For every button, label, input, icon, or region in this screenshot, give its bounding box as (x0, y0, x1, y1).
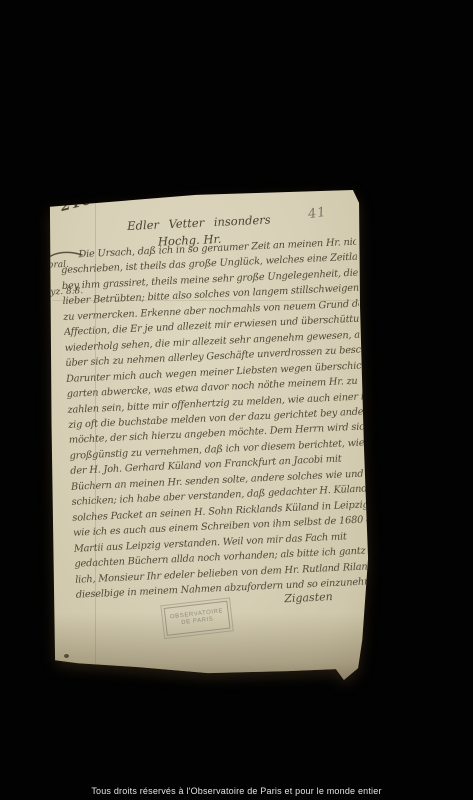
photo-background: 2167 41 Edler Vetter insonders Hochg. Hr… (0, 0, 473, 800)
manuscript-text-area: Edler Vetter insonders Hochg. Hr. L.bral… (38, 180, 382, 688)
copyright-caption: Tous droits réservés à l'Observatoire de… (0, 786, 473, 796)
paper-sheet: 2167 41 Edler Vetter insonders Hochg. Hr… (48, 188, 370, 682)
observatory-stamp: OBSERVATOIRE DE PARIS (164, 601, 231, 636)
letter-body: Die Ursach, daß ich in so geraumer Zeit … (60, 235, 372, 603)
signature: Zigasten (284, 590, 333, 605)
letter-salutation-line1: Edler Vetter insonders (127, 213, 271, 233)
manuscript-page: 2167 41 Edler Vetter insonders Hochg. Hr… (48, 188, 370, 682)
